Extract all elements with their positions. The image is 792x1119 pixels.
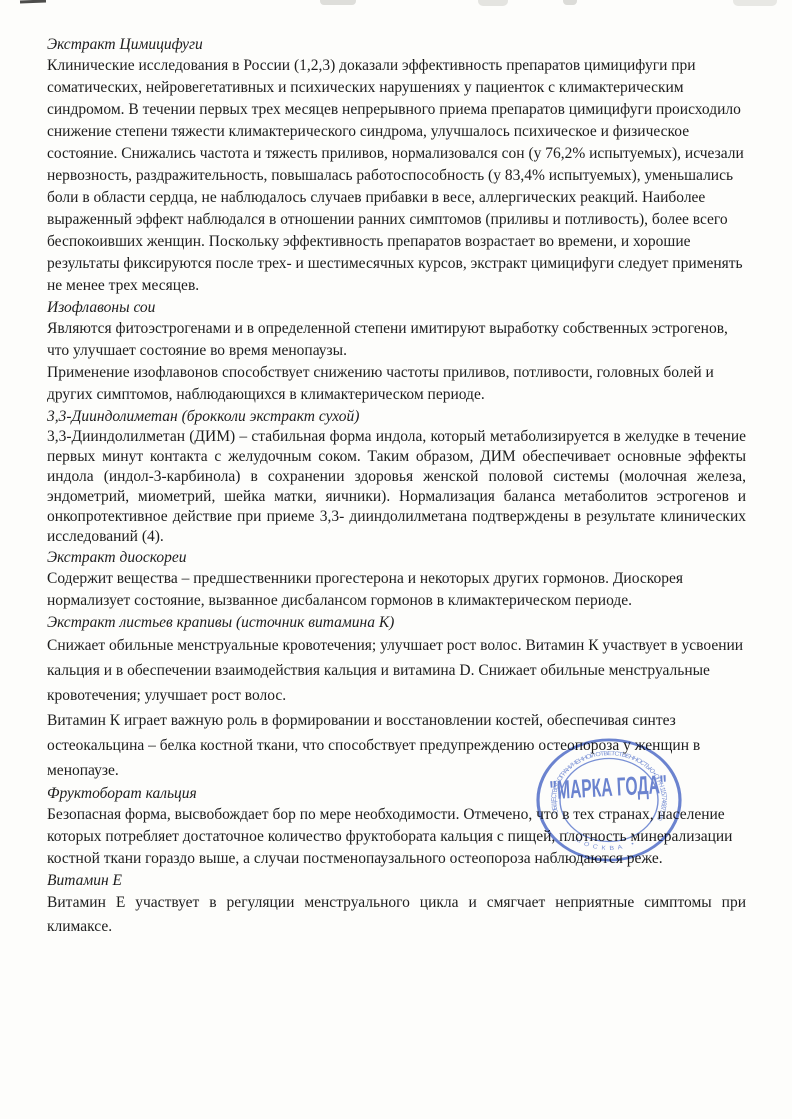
paragraph: Содержит вещества – предшественники прог…	[47, 568, 746, 612]
section-heading: Изофлавоны сои	[47, 297, 746, 318]
paragraph: Являются фитоэстрогенами и в определенно…	[47, 318, 746, 362]
paragraph: Применение изофлавонов способствует сниж…	[47, 362, 746, 406]
paragraph: Витамин Е участвует в регуляции менструа…	[47, 891, 746, 939]
paragraph: Витамин К играет важную роль в формирова…	[47, 708, 746, 783]
section-heading: Экстракт диоскореи	[47, 547, 746, 568]
section-heading: Фруктоборат кальция	[47, 783, 746, 804]
section-heading: Витамин Е	[47, 870, 746, 891]
document-page: Экстракт ЦимицифугиКлинические исследова…	[0, 0, 792, 1119]
section-heading: 3,3-Дииндолиметан (брокколи экстракт сух…	[47, 406, 746, 427]
document-body: Экстракт ЦимицифугиКлинические исследова…	[0, 0, 792, 939]
paragraph: Безопасная форма, высвобождает бор по ме…	[47, 804, 746, 870]
paragraph: Клинические исследования в России (1,2,3…	[47, 55, 746, 297]
paragraph: 3,3-Дииндолилметан (ДИМ) – стабильная фо…	[47, 427, 746, 547]
section-heading: Экстракт Цимицифуги	[47, 34, 746, 55]
section-heading: Экстракт листьев крапивы (источник витам…	[47, 612, 746, 633]
paragraph: Снижает обильные менструальные кровотече…	[47, 633, 746, 708]
